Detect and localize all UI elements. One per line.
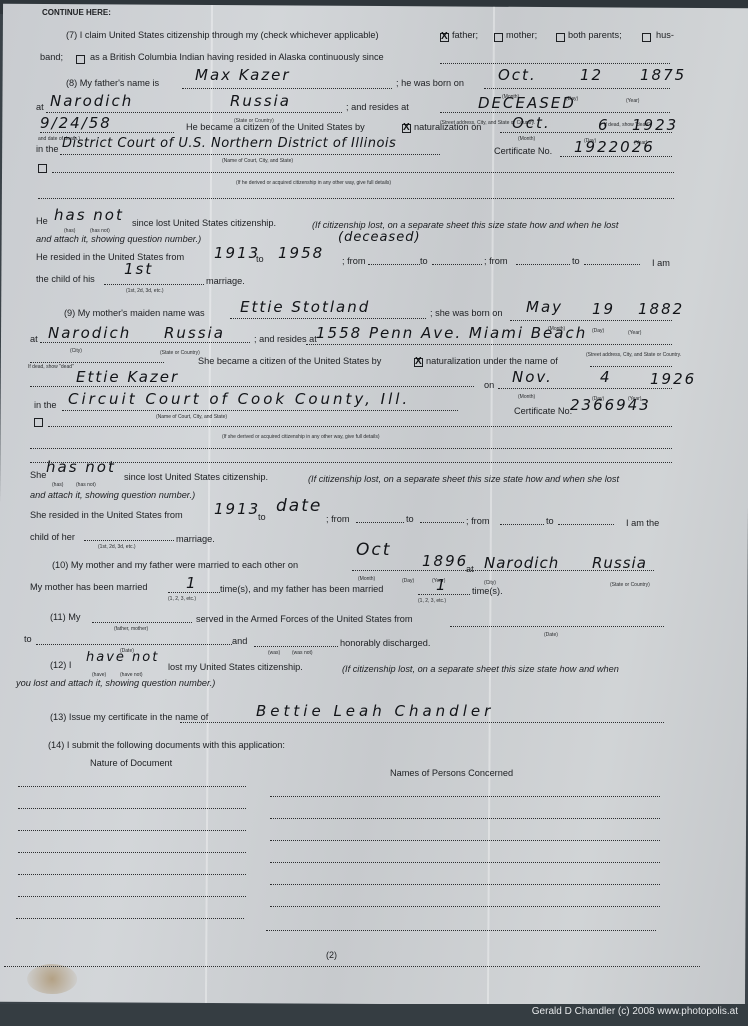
dotted-line: [180, 722, 664, 723]
mother-residence[interactable]: 1558 Penn Ave. Miami Beach: [316, 324, 587, 342]
dotted-line: [182, 88, 392, 89]
mother-resided-from[interactable]: 1913: [214, 500, 260, 518]
discharged-label: honorably discharged.: [340, 638, 430, 648]
mother-birth-country[interactable]: Russia: [164, 324, 225, 342]
to-label: to: [420, 256, 428, 266]
citizen-label: He became a citizen of the United States…: [186, 122, 365, 132]
persons-field-7[interactable]: [266, 930, 656, 931]
father-marriage-ordinal[interactable]: 1st: [124, 260, 153, 278]
dotted-line: [40, 342, 250, 343]
dotted-line: [484, 88, 670, 89]
persons-field-3[interactable]: [270, 840, 660, 841]
in-the-label: in the: [34, 400, 56, 410]
father-nat-month[interactable]: Oct.: [512, 114, 551, 132]
hint-city: (City): [70, 348, 82, 354]
hint-ordinal: (1st, 2d, 3d, etc.): [98, 544, 136, 550]
q7-text: (7) I claim United States citizenship th…: [66, 30, 379, 40]
to-label: to: [24, 634, 32, 644]
hint-year: (Year): [626, 98, 639, 104]
checkbox-both-parents[interactable]: [556, 33, 565, 42]
document-field-1[interactable]: [18, 786, 246, 787]
father-residence[interactable]: DECEASED: [478, 94, 576, 112]
from-label: ; from: [326, 514, 349, 524]
father-nat-year[interactable]: 1923: [632, 116, 678, 134]
child-label: the child of his: [36, 274, 95, 284]
page-number: (2): [326, 950, 337, 960]
hint-father-mother: (father, mother): [114, 626, 148, 632]
born-label: ; she was born on: [430, 308, 503, 318]
hint-date: (Date): [544, 632, 558, 638]
father-resided-from[interactable]: 1913: [214, 244, 260, 262]
naturalization-label: naturalization on: [414, 122, 481, 132]
to-label: to: [406, 514, 414, 524]
document-field-2[interactable]: [18, 808, 246, 809]
from-label: ; from: [484, 256, 507, 266]
checkbox-father[interactable]: [440, 33, 449, 42]
q13-label: (13) Issue my certificate in the name of: [50, 712, 208, 722]
persons-field-6[interactable]: [270, 906, 660, 907]
mother-certificate-no[interactable]: 2366943: [570, 396, 651, 414]
q7-husband-label-2: band;: [40, 52, 63, 62]
dotted-line: [30, 386, 474, 387]
derived-note: (If she derived or acquired citizenship …: [222, 434, 380, 440]
q7-father-label: father;: [452, 30, 478, 40]
hint-court: (Name of Court, City, and State): [222, 158, 293, 164]
on-label: on: [484, 380, 494, 390]
from-label: ; from: [342, 256, 365, 266]
to2-field[interactable]: [432, 264, 482, 265]
father-certificate-no[interactable]: 1922026: [574, 138, 655, 156]
resided-label: He resided in the United States from: [36, 252, 184, 262]
dotted-line: [60, 154, 440, 155]
persons-field-1[interactable]: [270, 796, 660, 797]
hint-day: (Day): [402, 578, 414, 584]
marriage-city[interactable]: Narodich: [484, 554, 559, 572]
to3-field[interactable]: [558, 524, 614, 525]
mother-married-label: My mother has been married: [30, 582, 147, 592]
marriage-month[interactable]: Oct: [356, 540, 391, 560]
dotted-line: [510, 320, 672, 321]
in-the-label: in the: [36, 144, 58, 154]
document-field-5[interactable]: [18, 874, 246, 875]
father-lost-field[interactable]: has not: [54, 206, 124, 224]
hint-was-not: (was not): [292, 650, 313, 656]
dotted-line: [560, 156, 672, 157]
father-birth-month[interactable]: Oct.: [498, 66, 537, 84]
marriage-label: marriage.: [176, 534, 215, 544]
document-field-3[interactable]: [18, 830, 246, 831]
father-resided-to[interactable]: 1958: [278, 244, 324, 262]
nat-name-field-end[interactable]: [590, 366, 672, 367]
father-married-label: time(s), and my father has been married: [220, 584, 383, 594]
at-label: at: [30, 334, 38, 344]
marriage-year[interactable]: 1896: [422, 552, 468, 570]
hint-state-country: (State or Country): [160, 350, 200, 356]
mother-nat-day[interactable]: 4: [600, 368, 612, 386]
marriage-country[interactable]: Russia: [592, 554, 647, 572]
persons-field-4[interactable]: [270, 862, 660, 863]
q12-note: (If citizenship lost, on a separate shee…: [342, 664, 619, 674]
mother-name-label: (9) My mother's maiden name was: [64, 308, 205, 318]
mother-married-times[interactable]: 1: [186, 574, 198, 592]
checkbox-mother-naturalization[interactable]: [414, 358, 423, 367]
mother-lost-field[interactable]: has not: [46, 458, 116, 476]
hint-month: (Month): [358, 576, 375, 582]
hint-court: (Name of Court, City, and State): [156, 414, 227, 420]
to-label: to: [546, 516, 554, 526]
at-label: at: [36, 102, 44, 112]
stain: [27, 964, 77, 994]
to-label: to: [572, 256, 580, 266]
dotted-line: [4, 966, 700, 967]
dotted-line: [62, 410, 458, 411]
to3-field[interactable]: [584, 264, 640, 265]
since-field[interactable]: [440, 63, 670, 64]
lost-note: (If citizenship lost, on a separate shee…: [312, 220, 618, 230]
derived-field[interactable]: [48, 426, 672, 427]
q7-bc-label: as a British Columbia Indian having resi…: [90, 52, 384, 62]
discharged-field[interactable]: [254, 646, 338, 647]
deceased-note: (deceased): [338, 230, 421, 245]
hint-year: (Year): [628, 330, 641, 336]
from3-field[interactable]: [500, 524, 544, 525]
q7-both-label: both parents;: [568, 30, 622, 40]
marriage-label: marriage.: [206, 276, 245, 286]
q14-label: (14) I submit the following documents wi…: [48, 740, 285, 750]
dotted-line: [30, 362, 164, 363]
father-name-label: (8) My father's name is: [66, 78, 159, 88]
mother-birth-year[interactable]: 1882: [638, 300, 684, 318]
dotted-line: [40, 132, 174, 133]
checkbox-father-derived[interactable]: [38, 164, 47, 173]
father-name-field[interactable]: Max Kazer: [195, 66, 291, 84]
resides-label: ; and resides at: [254, 334, 317, 344]
dotted-line: [306, 344, 672, 345]
hint-has-not: (has not): [76, 482, 96, 488]
persons-field-2[interactable]: [270, 818, 660, 819]
hint-state-country: (State or Country): [610, 582, 650, 588]
checkbox-mother-derived[interactable]: [34, 418, 43, 427]
from-label: ; from: [466, 516, 489, 526]
mother-marriage-ordinal[interactable]: [84, 540, 174, 541]
citizen-label: She became a citizen of the United State…: [198, 356, 381, 366]
born-label: ; he was born on: [396, 78, 464, 88]
from3-field[interactable]: [516, 264, 570, 265]
from2-field[interactable]: [356, 522, 404, 523]
father-birth-country[interactable]: Russia: [230, 92, 291, 110]
document-field-7[interactable]: [16, 918, 244, 919]
he-label: He: [36, 216, 48, 226]
watermark: Gerald D Chandler (c) 2008 www.photopoli…: [532, 1006, 738, 1017]
dotted-line: [498, 388, 672, 389]
at-label: at: [466, 564, 474, 574]
certificate-label: Certificate No.: [514, 406, 572, 416]
derived-field[interactable]: [52, 172, 674, 173]
lost-note-2: and attach it, showing question number.): [36, 234, 201, 244]
document-field-4[interactable]: [18, 852, 246, 853]
served-label: served in the Armed Forces of the United…: [196, 614, 413, 624]
lost-note-2: and attach it, showing question number.): [30, 490, 195, 500]
times-label: time(s).: [472, 586, 503, 596]
q12-lost-field[interactable]: have not: [86, 650, 159, 665]
document-field-6[interactable]: [18, 896, 246, 897]
dotted-line: [46, 112, 342, 113]
hint-month: (Month): [518, 394, 535, 400]
dotted-line: [440, 112, 670, 113]
mother-nat-month[interactable]: Nov.: [512, 368, 553, 386]
dotted-line: [104, 284, 204, 285]
dotted-line: [38, 198, 674, 199]
hint-street: (Street address, City, and State or Coun…: [586, 352, 681, 358]
lost-text: since lost United States citizenship.: [132, 218, 276, 228]
checkbox-father-naturalization[interactable]: [402, 124, 411, 133]
dotted-line: [230, 318, 426, 319]
dotted-line: [418, 594, 470, 595]
lost-text: since lost United States citizenship.: [124, 472, 268, 482]
dotted-line: [168, 592, 220, 593]
hint-month: (Month): [518, 136, 535, 142]
hint-if-dead: If dead, show "dead": [28, 364, 74, 370]
i-am-label: I am the: [626, 518, 659, 528]
certificate-name-field[interactable]: Bettie Leah Chandler: [256, 702, 494, 720]
q11-my-label: (11) My: [50, 612, 80, 622]
resides-label: ; and resides at: [346, 102, 409, 112]
mother-birth-city[interactable]: Narodich: [48, 324, 131, 342]
mother-resided-to[interactable]: date: [276, 496, 322, 516]
naturalization-label: naturalization under the name of: [426, 356, 558, 366]
hint-times: (1, 2, 3, etc.): [168, 596, 196, 602]
q7-mother-label: mother;: [506, 30, 537, 40]
from2-field[interactable]: [368, 264, 420, 265]
derived-note: (If he derived or acquired citizenship i…: [236, 180, 391, 186]
mother-birth-day[interactable]: 19: [592, 300, 615, 318]
father-birth-year[interactable]: 1875: [640, 66, 686, 84]
father-court[interactable]: District Court of U.S. Northern District…: [62, 136, 396, 151]
fold-line: [487, 7, 495, 1005]
certificate-label: Certificate No.: [494, 146, 552, 156]
mother-name-field[interactable]: Ettie Stotland: [240, 298, 370, 316]
hint-ordinal: (1st, 2d, 3d, etc.): [126, 288, 164, 294]
hint-times: (1, 2, 3, etc.): [418, 598, 446, 604]
mother-court[interactable]: Circuit Court of Cook County, Ill.: [68, 390, 410, 408]
father-nat-day[interactable]: 6: [598, 116, 610, 134]
father-birth-city[interactable]: Narodich: [50, 92, 133, 110]
resided-label: She resided in the United States from: [30, 510, 183, 520]
child-label: child of her: [30, 532, 75, 542]
to-label: to: [258, 512, 266, 522]
checkbox-british-columbia[interactable]: [76, 55, 85, 64]
q10-text: (10) My mother and my father were marrie…: [52, 560, 298, 570]
father-married-times[interactable]: 1: [436, 576, 448, 594]
dotted-line: [30, 448, 672, 449]
mother-nat-name[interactable]: Ettie Kazer: [76, 368, 179, 386]
hint-was: (was): [268, 650, 280, 656]
father-birth-day[interactable]: 12: [580, 66, 603, 84]
to2-field[interactable]: [420, 522, 464, 523]
dotted-line: [30, 462, 672, 463]
served-person-field[interactable]: [92, 622, 192, 623]
col-nature-of-document: Nature of Document: [90, 758, 172, 768]
hint-day: (Day): [592, 328, 604, 334]
to-label: to: [256, 254, 264, 264]
col-names-of-persons: Names of Persons Concerned: [390, 768, 513, 778]
she-label: She: [30, 470, 46, 480]
and-label: and: [232, 636, 247, 646]
q12-text: lost my United States citizenship.: [168, 662, 303, 672]
q7-husband-label: hus-: [656, 30, 674, 40]
q12-i-label: (12) I: [50, 660, 71, 670]
mother-nat-year[interactable]: 1926: [650, 370, 696, 388]
continue-label: CONTINUE HERE:: [42, 8, 111, 17]
served-from-field[interactable]: [450, 626, 664, 627]
checkbox-husband[interactable]: [642, 33, 651, 42]
lost-note: (If citizenship lost, on a separate shee…: [308, 474, 619, 484]
father-death-date[interactable]: 9/24/58: [40, 114, 112, 132]
hint-has: (has): [52, 482, 63, 488]
mother-birth-month[interactable]: May: [526, 298, 563, 316]
served-to-field[interactable]: [36, 644, 232, 645]
persons-field-5[interactable]: [270, 884, 660, 885]
checkbox-mother[interactable]: [494, 33, 503, 42]
i-am-label: I am: [652, 258, 670, 268]
q12-note-2: you lost and attach it, showing question…: [16, 678, 215, 688]
